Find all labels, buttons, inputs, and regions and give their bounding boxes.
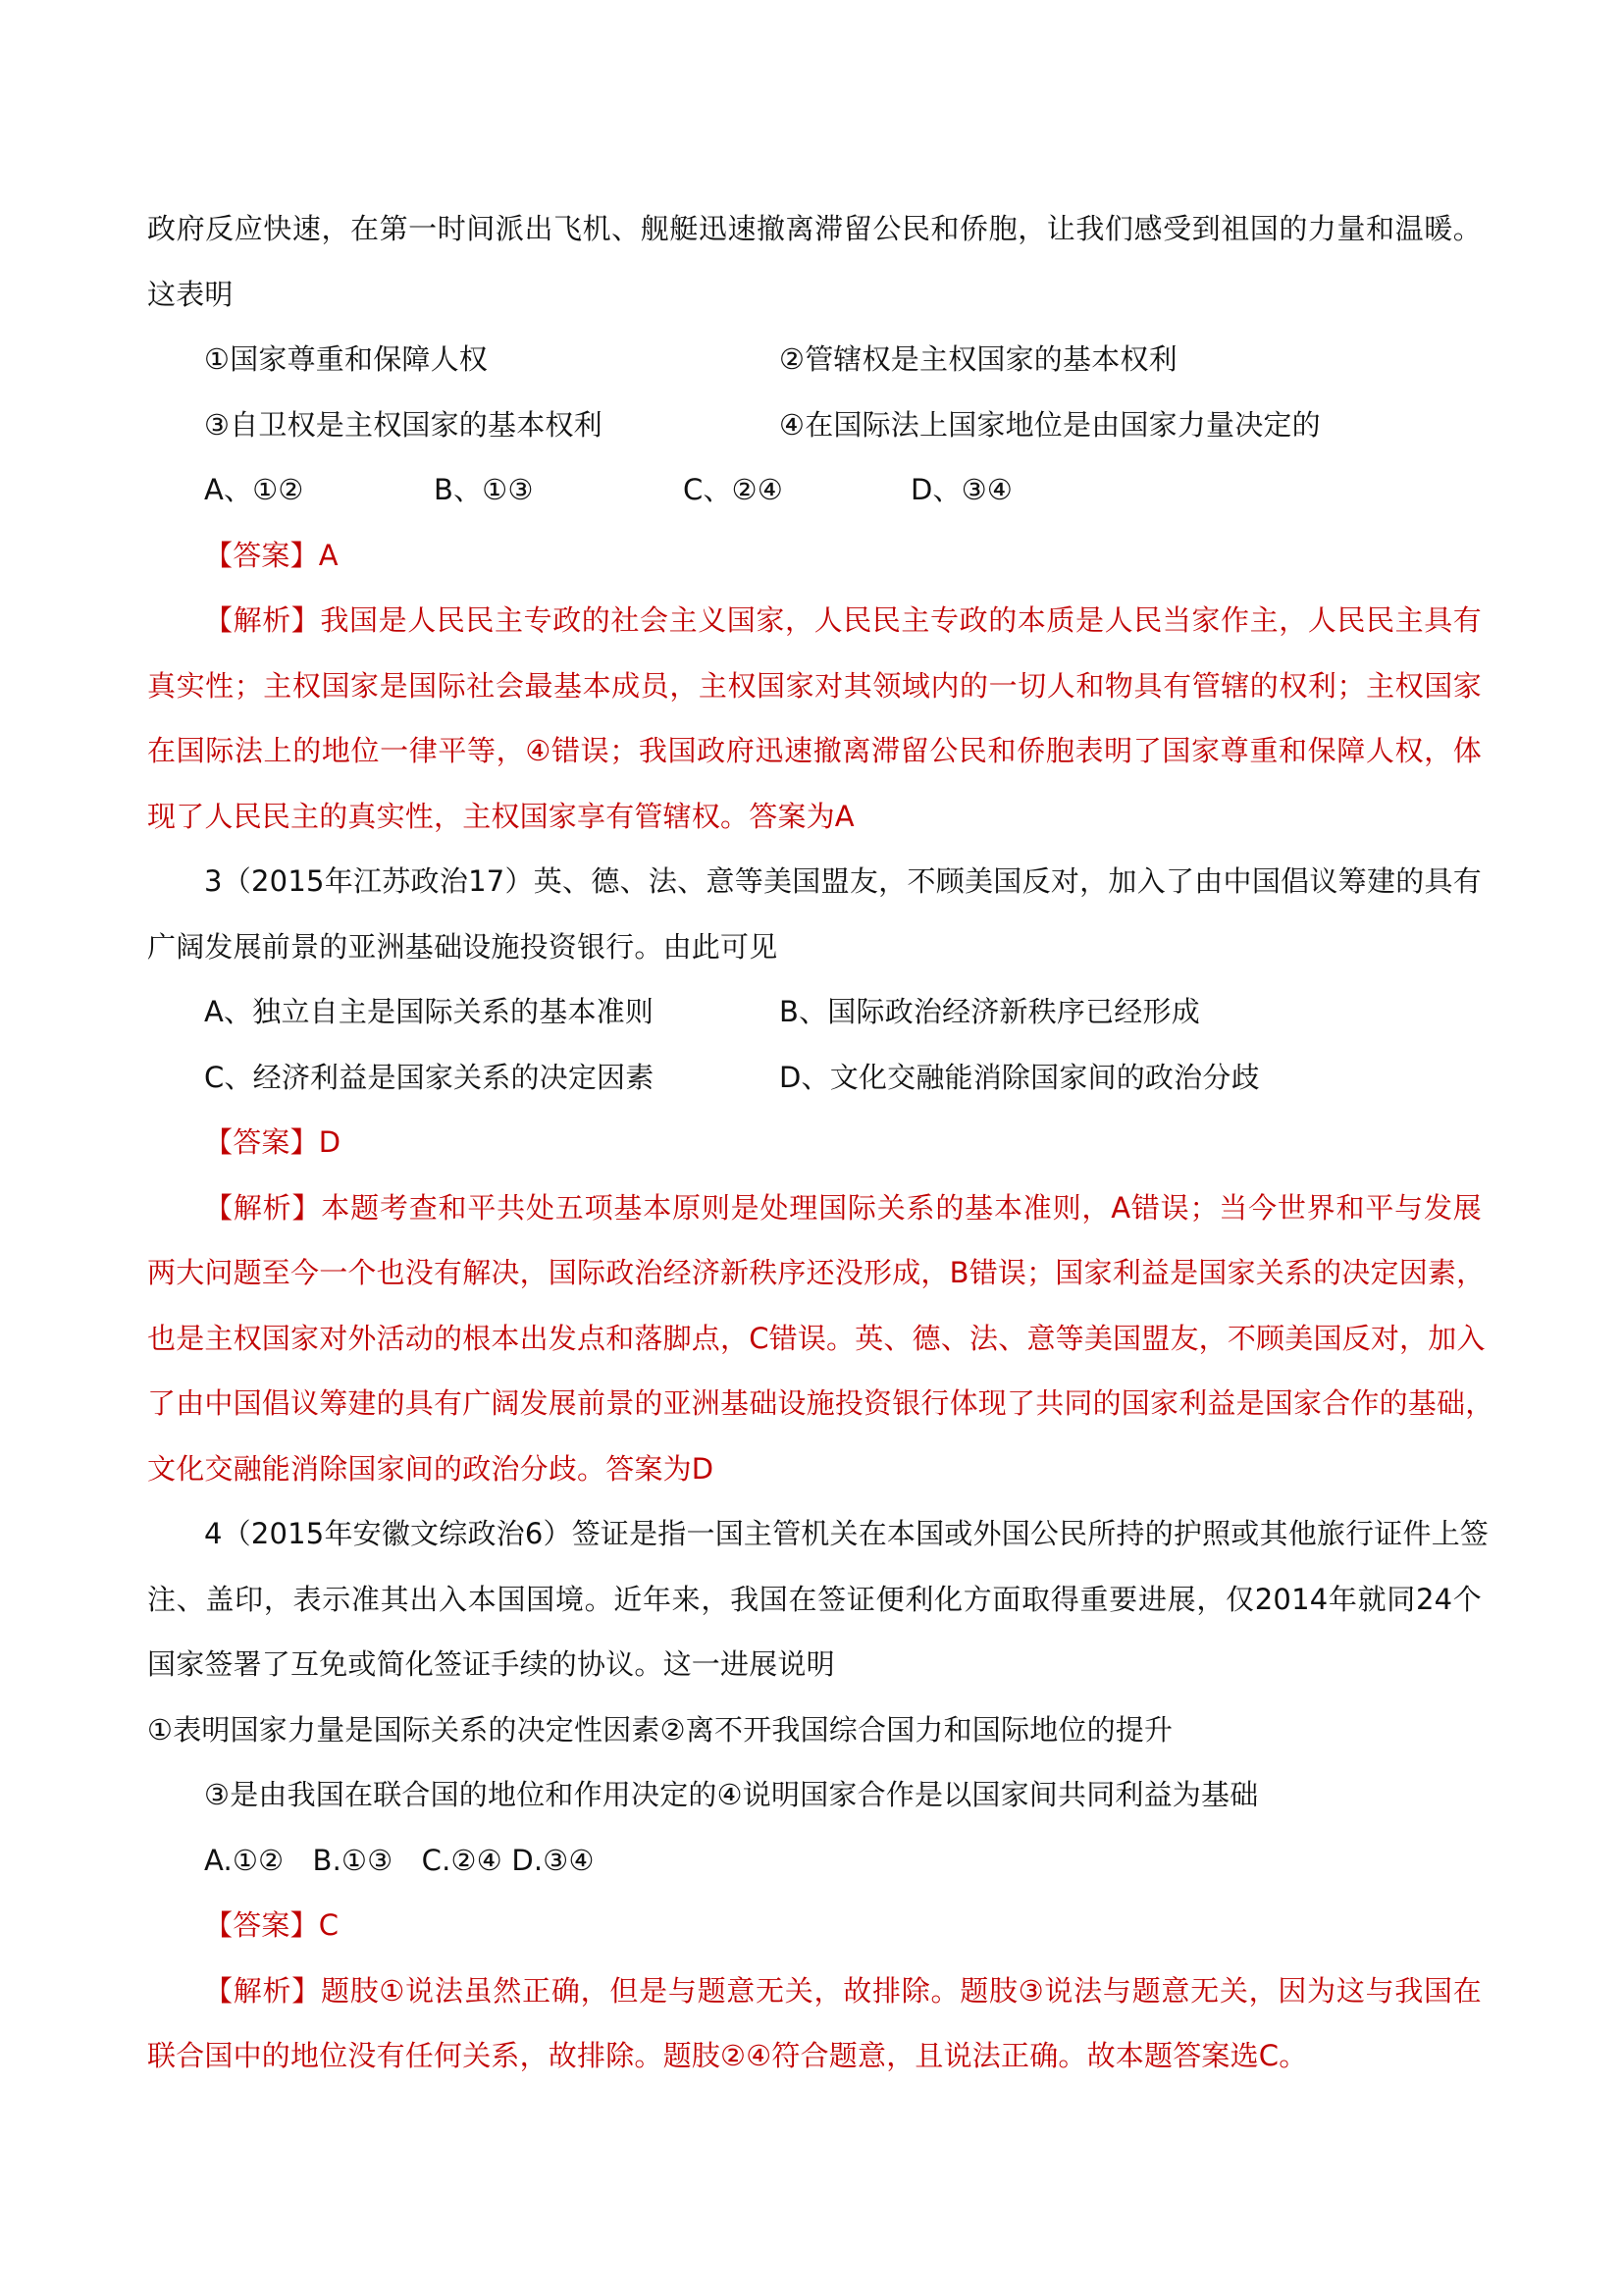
q3-option-a: A、独立自主是国际关系的基本准则 bbox=[147, 979, 779, 1045]
q2-option-c: C、②④ bbox=[683, 457, 911, 523]
q3-answer: 【答案】D bbox=[147, 1110, 1482, 1175]
q2-options: A、①②B、①③C、②④D、③④ bbox=[147, 457, 1482, 523]
q2-option-a: A、①② bbox=[204, 457, 434, 523]
q2-option-b: B、①③ bbox=[434, 457, 683, 523]
q2-statements-row: ③自卫权是主权国家的基本权利 ④在国际法上国家地位是由国家力量决定的 bbox=[147, 392, 1482, 458]
q2-statement-4: ④在国际法上国家地位是由国家力量决定的 bbox=[779, 392, 1321, 458]
q2-analysis-line: 在国际法上的地位一律平等，④错误；我国政府迅速撤离滞留公民和侨胞表明了国家尊重和… bbox=[147, 718, 1482, 784]
q3-option-c: C、经济利益是国家关系的决定因素 bbox=[147, 1045, 779, 1111]
q2-statement-3: ③自卫权是主权国家的基本权利 bbox=[147, 392, 779, 458]
q2-option-d: D、③④ bbox=[911, 473, 1013, 506]
q4-stem-line: 国家签署了互免或简化签证手续的协议。这一进展说明 bbox=[147, 1632, 1482, 1697]
q2-statement-2: ②管辖权是主权国家的基本权利 bbox=[779, 327, 1178, 392]
q2-stem-line: 政府反应快速，在第一时间派出飞机、舰艇迅速撤离滞留公民和侨胞，让我们感受到祖国的… bbox=[147, 196, 1482, 262]
q2-analysis-line: 真实性；主权国家是国际社会最基本成员，主权国家对其领域内的一切人和物具有管辖的权… bbox=[147, 653, 1482, 719]
q3-options-row: C、经济利益是国家关系的决定因素 D、文化交融能消除国家间的政治分歧 bbox=[147, 1045, 1482, 1111]
q3-options-row: A、独立自主是国际关系的基本准则 B、国际政治经济新秩序已经形成 bbox=[147, 979, 1482, 1045]
q4-statements-line: ①表明国家力量是国际关系的决定性因素②离不开我国综合国力和国际地位的提升 bbox=[147, 1697, 1482, 1763]
q2-answer: 【答案】A bbox=[147, 523, 1482, 589]
q3-option-d: D、文化交融能消除国家间的政治分歧 bbox=[779, 1045, 1260, 1111]
q3-analysis-line: 【解析】本题考查和平共处五项基本原则是处理国际关系的基本准则，A错误；当今世界和… bbox=[147, 1175, 1482, 1241]
q4-analysis-line: 联合国中的地位没有任何关系，故排除。题肢②④符合题意，且说法正确。故本题答案选C… bbox=[147, 2023, 1482, 2089]
q4-statements-line: ③是由我国在联合国的地位和作用决定的④说明国家合作是以国家间共同利益为基础 bbox=[147, 1762, 1482, 1828]
q3-stem-line: 3（2015年江苏政治17）英、德、法、意等美国盟友，不顾美国反对，加入了由中国… bbox=[147, 849, 1482, 914]
q2-stem-line: 这表明 bbox=[147, 262, 1482, 328]
q3-analysis-line: 两大问题至今一个也没有解决，国际政治经济新秩序还没形成，B错误；国家利益是国家关… bbox=[147, 1240, 1482, 1306]
document-page: 政府反应快速，在第一时间派出飞机、舰艇迅速撤离滞留公民和侨胞，让我们感受到祖国的… bbox=[147, 196, 1482, 2089]
q2-analysis-line: 【解析】我国是人民民主专政的社会主义国家，人民民主专政的本质是人民当家作主，人民… bbox=[147, 588, 1482, 653]
q4-analysis-line: 【解析】题肢①说法虽然正确，但是与题意无关，故排除。题肢③说法与题意无关，因为这… bbox=[147, 1958, 1482, 2024]
q4-answer: 【答案】C bbox=[147, 1893, 1482, 1958]
q3-option-b: B、国际政治经济新秩序已经形成 bbox=[779, 979, 1200, 1045]
q4-options: A.①② B.①③ C.②④ D.③④ bbox=[147, 1828, 1482, 1894]
q2-statements-row: ①国家尊重和保障人权 ②管辖权是主权国家的基本权利 bbox=[147, 327, 1482, 392]
q3-analysis-line: 文化交融能消除国家间的政治分歧。答案为D bbox=[147, 1436, 1482, 1502]
q3-analysis-line: 了由中国倡议筹建的具有广阔发展前景的亚洲基础设施投资银行体现了共同的国家利益是国… bbox=[147, 1371, 1482, 1436]
q4-stem-line: 注、盖印，表示准其出入本国国境。近年来，我国在签证便利化方面取得重要进展，仅20… bbox=[147, 1567, 1482, 1633]
q3-analysis-line: 也是主权国家对外活动的根本出发点和落脚点，C错误。英、德、法、意等美国盟友，不顾… bbox=[147, 1306, 1482, 1372]
q2-statement-1: ①国家尊重和保障人权 bbox=[147, 327, 779, 392]
q3-stem-line: 广阔发展前景的亚洲基础设施投资银行。由此可见 bbox=[147, 914, 1482, 980]
q4-stem-line: 4（2015年安徽文综政治6）签证是指一国主管机关在本国或外国公民所持的护照或其… bbox=[147, 1501, 1482, 1567]
q2-analysis-line: 现了人民民主的真实性，主权国家享有管辖权。答案为A bbox=[147, 784, 1482, 850]
